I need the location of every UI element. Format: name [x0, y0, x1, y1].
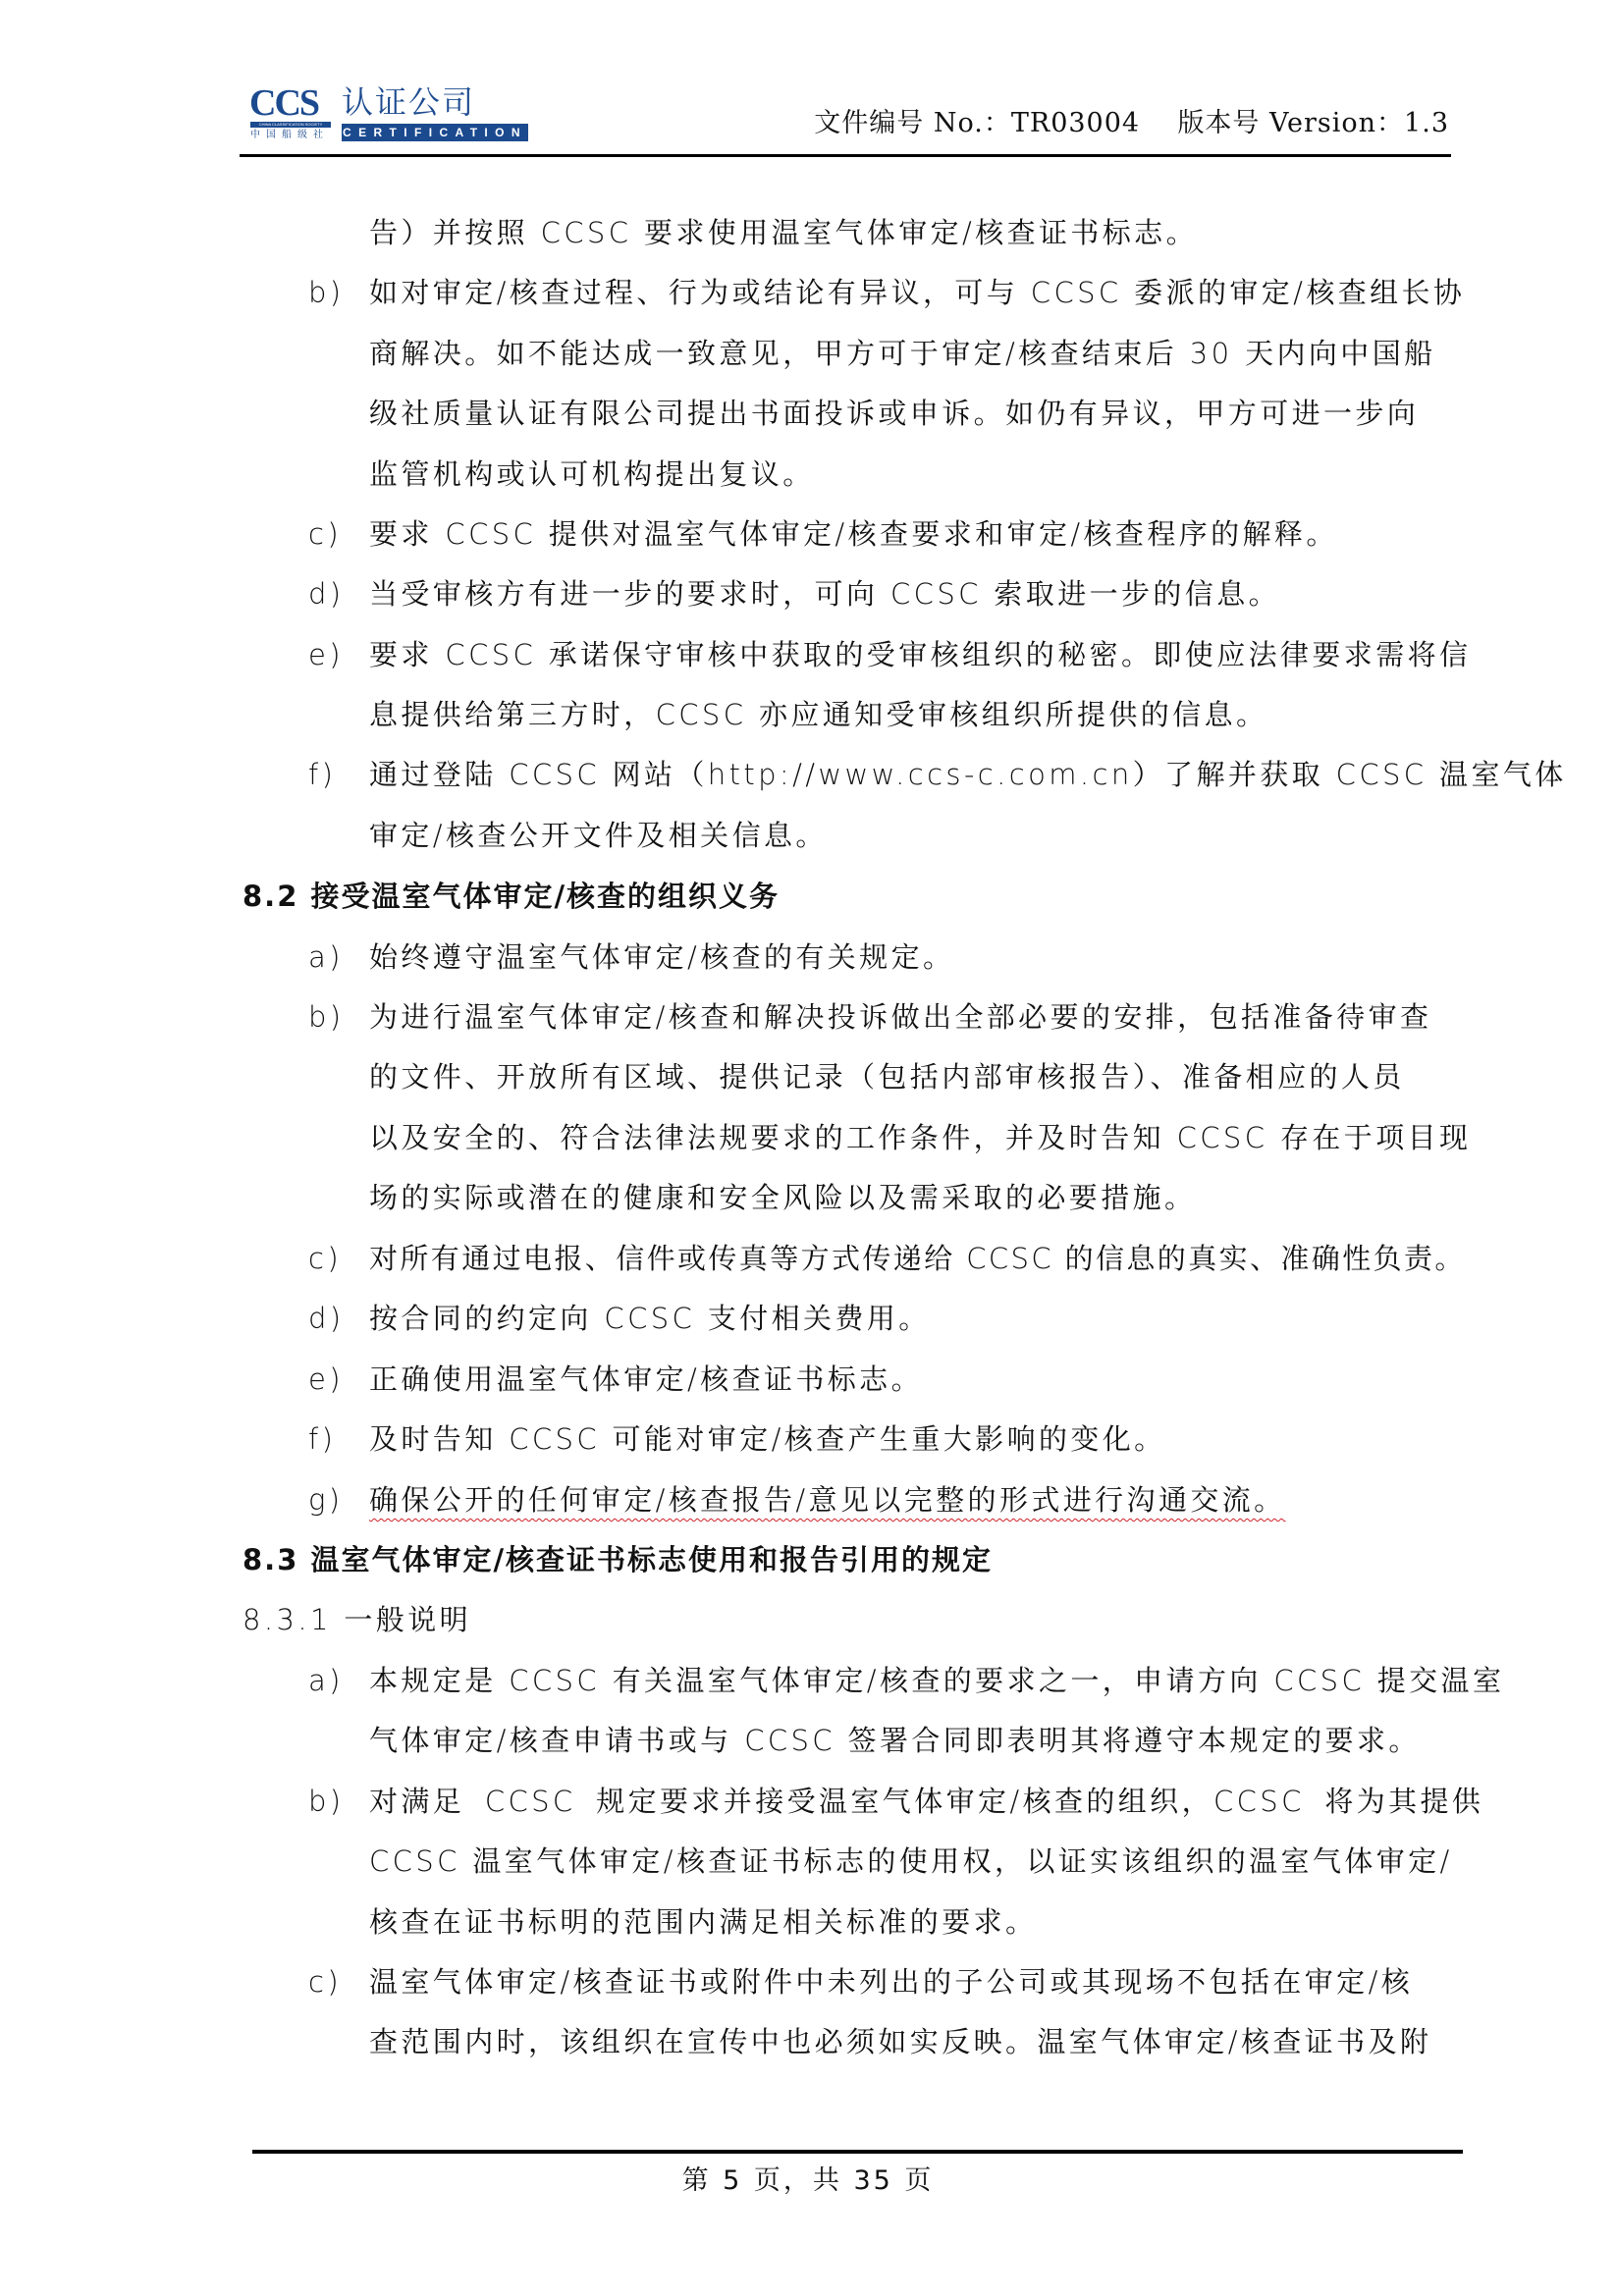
list-item-line: 核查在证书标明的范围内满足相关标准的要求。	[369, 1902, 1037, 1942]
list-item-line: 对满足 CCSC 规定要求并接受温室气体审定/核查的组织，CCSC 将为其提供	[369, 1782, 1483, 1821]
list-marker: e)	[308, 1360, 344, 1399]
page-header: CCS CHINA CLASSIFICATION SOCIETY 中国船级社 认…	[240, 77, 1451, 157]
list-marker: d)	[308, 1299, 345, 1338]
list-marker: g)	[308, 1480, 344, 1520]
page-number: 第 5 页，共 35 页	[0, 2163, 1616, 2199]
list-item-line: 温室气体审定/核查证书或附件中未列出的子公司或其现场不包括在审定/核	[369, 1962, 1413, 2002]
list-item-line: 息提供给第三方时，CCSC 亦应通知受审核组织所提供的信息。	[369, 695, 1267, 734]
list-item-line: 对所有通过电报、信件或传真等方式传递给 CCSC 的信息的真实、准确性负责。	[369, 1239, 1466, 1278]
list-item-line: 当受审核方有进一步的要求时，可向 CCSC 索取进一步的信息。	[369, 574, 1280, 614]
list-marker: c)	[308, 1239, 342, 1278]
list-item-line: 监管机构或认可机构提出复议。	[369, 454, 815, 494]
list-marker: c)	[308, 514, 342, 554]
list-marker: f)	[308, 755, 336, 794]
list-marker: c)	[308, 1962, 342, 2002]
subsection-heading-8-3-1: 8.3.1 一般说明	[242, 1600, 471, 1639]
logo-certification-bar: CERTIFICATION	[342, 124, 528, 141]
list-item-line: 查范围内时，该组织在宣传中也必须如实反映。温室气体审定/核查证书及附	[369, 2022, 1431, 2061]
list-item-line: 以及安全的、符合法律法规要求的工作条件，并及时告知 CCSC 存在于项目现	[369, 1118, 1471, 1157]
list-item-line: 级社质量认证有限公司提出书面投诉或申诉。如仍有异议，甲方可进一步向	[369, 394, 1419, 433]
list-item-line: 要求 CCSC 提供对温室气体审定/核查要求和审定/核查程序的解释。	[369, 514, 1338, 554]
list-marker: b)	[308, 1782, 345, 1821]
list-item-line: 如对审定/核查过程、行为或结论有异议，可与 CCSC 委派的审定/核查组长协	[369, 273, 1465, 312]
list-marker: d)	[308, 574, 345, 614]
document-meta: 文件编号 No.：TR03004 版本号 Version：1.3	[814, 106, 1449, 141]
list-item-line: 始终遵守温室气体审定/核查的有关规定。	[369, 937, 954, 977]
logo-society-en: CHINA CLASSIFICATION SOCIETY	[250, 122, 331, 128]
doc-version: 版本号 Version：1.3	[1177, 108, 1449, 138]
ccs-certification-logo: CCS CHINA CLASSIFICATION SOCIETY 中国船级社 认…	[249, 86, 544, 143]
list-marker: f)	[308, 1419, 336, 1459]
logo-company-cn: 认证公司	[342, 84, 475, 120]
list-marker: a)	[308, 1661, 344, 1700]
list-marker: e)	[308, 635, 344, 674]
section-heading-8-3: 8.3 温室气体审定/核查证书标志使用和报告引用的规定	[242, 1540, 993, 1579]
list-item-line: 本规定是 CCSC 有关温室气体审定/核查的要求之一，申请方向 CCSC 提交温…	[369, 1661, 1504, 1700]
footer-divider	[252, 2150, 1463, 2154]
list-marker: a)	[308, 937, 344, 977]
list-item-line: 要求 CCSC 承诺保守审核中获取的受审核组织的秘密。即使应法律要求需将信	[369, 635, 1471, 674]
list-item-line: 及时告知 CCSC 可能对审定/核查产生重大影响的变化。	[369, 1419, 1166, 1459]
list-item-line: 商解决。如不能达成一致意见，甲方可于审定/核查结束后 30 天内向中国船	[369, 334, 1436, 373]
list-marker: b)	[308, 997, 345, 1037]
logo-society-cn: 中国船级社	[250, 130, 329, 141]
list-item-line: 通过登陆 CCSC 网站（http://www.ccs-c.com.cn）了解并…	[369, 755, 1567, 794]
header-divider	[240, 154, 1451, 157]
section-heading-8-2: 8.2 接受温室气体审定/核查的组织义务	[242, 877, 780, 916]
list-item-line: 审定/核查公开文件及相关信息。	[369, 816, 828, 855]
list-item-line: CCSC 温室气体审定/核查证书标志的使用权，以证实该组织的温室气体审定/	[369, 1842, 1453, 1881]
list-item-line: 场的实际或潜在的健康和安全风险以及需采取的必要措施。	[369, 1178, 1196, 1217]
list-item-line-spellcheck-underlined: 确保公开的任何审定/核查报告/意见以完整的形式进行沟通交流。	[369, 1480, 1286, 1520]
list-item-line: 气体审定/核查申请书或与 CCSC 签署合同即表明其将遵守本规定的要求。	[369, 1721, 1421, 1760]
list-item-line: 按合同的约定向 CCSC 支付相关费用。	[369, 1299, 931, 1338]
logo-ccs-mark: CCS	[249, 86, 318, 120]
paragraph-continuation: 告）并按照 CCSC 要求使用温室气体审定/核查证书标志。	[369, 213, 1198, 252]
list-item-line: 为进行温室气体审定/核查和解决投诉做出全部必要的安排，包括准备待审查	[369, 997, 1431, 1037]
list-item-line: 的文件、开放所有区域、提供记录（包括内部审核报告）、准备相应的人员	[369, 1057, 1405, 1096]
doc-number: 文件编号 No.：TR03004	[814, 108, 1140, 138]
list-marker: b)	[308, 273, 345, 312]
list-item-line: 正确使用温室气体审定/核查证书标志。	[369, 1360, 923, 1399]
